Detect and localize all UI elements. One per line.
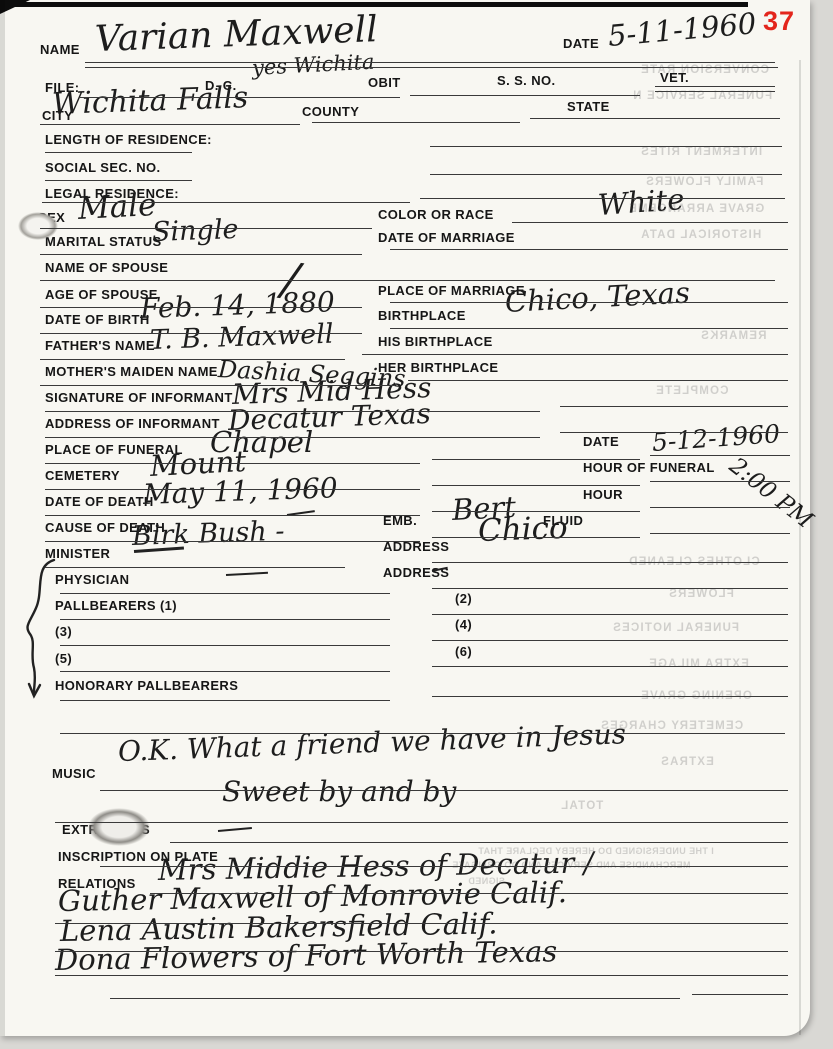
bleedthrough-text: FAMILY FLOWERS: [645, 176, 763, 188]
field-label-marital-status: MARITAL STATUS: [45, 234, 162, 249]
bleedthrough-text: FUNERAL NOTICES: [612, 622, 739, 634]
rule-line: [60, 619, 390, 620]
rule-line: [530, 118, 780, 119]
handwriting-date-of-death: May 11, 1960: [143, 474, 339, 509]
field-label-date-of-marriage: DATE OF MARRIAGE: [378, 230, 515, 245]
field-label-cemetery: CEMETERY: [45, 468, 120, 483]
rule-line: [40, 124, 300, 125]
page-right-edge: [799, 60, 801, 1035]
field-label-obit: OBIT: [368, 75, 401, 90]
rule-line: [60, 645, 390, 646]
rule-line: [650, 455, 790, 456]
rule-line: [432, 562, 788, 563]
rule-line: [432, 485, 640, 486]
field-label-date-of-birth: DATE OF BIRTH: [45, 312, 150, 327]
rule-line: [432, 640, 788, 641]
rule-line: [100, 866, 788, 867]
handwriting-fathers-name: T. B. Maxwell: [150, 321, 334, 354]
rule-line: [40, 228, 372, 229]
rule-line: [390, 328, 788, 329]
rule-line: [45, 567, 345, 568]
rule-line: [432, 614, 788, 615]
rule-line: [60, 733, 785, 734]
rule-line: [55, 822, 788, 823]
scan-left-edge: [0, 0, 5, 1036]
rule-line: [420, 198, 785, 199]
field-label-mothers-maiden-name: MOTHER'S MAIDEN NAME: [45, 364, 218, 379]
rule-line: [410, 95, 640, 96]
rule-line: [55, 975, 788, 976]
rule-line: [40, 359, 345, 360]
rule-line: [432, 588, 788, 589]
rule-line: [432, 696, 788, 697]
field-label-fathers-name: FATHER'S NAME: [45, 338, 155, 353]
field-label-date-top: DATE: [563, 36, 599, 51]
rule-line: [42, 202, 410, 203]
handwriting-minister-address: Chico: [477, 513, 568, 547]
rule-line: [150, 893, 788, 894]
field-label-music: MUSIC: [52, 766, 96, 781]
field-label-birthplace: BIRTHPLACE: [378, 308, 466, 323]
rule-line: [45, 489, 420, 490]
rule-line: [650, 533, 790, 534]
margin-brace-arrow-mark: [20, 556, 66, 704]
bleedthrough-text: REMARKS: [700, 330, 767, 342]
rule-line: [655, 91, 775, 92]
rule-line: [45, 180, 192, 181]
rule-line: [45, 152, 192, 153]
bleedthrough-text: TOTAL: [560, 800, 603, 812]
field-label-address-of-informant: ADDRESS OF INFORMANT: [45, 416, 220, 431]
rule-line: [512, 222, 788, 223]
rule-line: [408, 380, 788, 381]
bleedthrough-text: INTERMENT RITES: [640, 146, 762, 158]
rule-line: [692, 994, 788, 995]
rule-line: [60, 700, 390, 701]
rule-line: [40, 280, 775, 281]
page-number: 37: [763, 6, 795, 37]
field-label-county: COUNTY: [302, 104, 359, 119]
rule-line: [55, 951, 788, 952]
rule-line: [45, 541, 420, 542]
rule-line: [362, 354, 788, 355]
rule-line: [45, 515, 420, 516]
rule-line: [655, 86, 775, 87]
bleedthrough-text: I THE UNDERSIGNED DO HEREBY DECLARE THAT: [478, 846, 714, 856]
field-label-hour-of-funeral: HOUR OF FUNERAL: [583, 460, 715, 475]
rule-line: [40, 333, 362, 334]
scan-top-edge-bar: [0, 2, 748, 7]
field-label-date-of-death: DATE OF DEATH: [45, 494, 154, 509]
field-label-pallbearer-2: (2): [455, 591, 472, 606]
field-label-hour: HOUR: [583, 487, 623, 502]
field-label-length-of-residence: LENGTH OF RESIDENCE:: [45, 132, 212, 147]
bleedthrough-text: CONVERSION RATE: [640, 64, 769, 76]
handwriting-relations-line4: Dona Flowers of Fort Worth Texas: [55, 937, 558, 975]
handwriting-music-line2: Sweet by and by: [222, 778, 456, 806]
bleedthrough-text: MERCHANDISE AND SERVICES AND DO OBLIGATE: [452, 860, 691, 870]
field-label-pallbearer-4: (4): [455, 617, 472, 632]
rule-line: [430, 174, 782, 175]
rule-line: [60, 671, 390, 672]
rule-line: [432, 459, 640, 460]
rule-line: [45, 411, 540, 412]
rule-line: [40, 254, 362, 255]
rule-line: [40, 307, 362, 308]
rule-line: [430, 146, 782, 147]
rule-line: [55, 923, 788, 924]
rule-line: [560, 432, 788, 433]
rule-line: [560, 406, 788, 407]
rule-line: [40, 385, 395, 386]
rule-line: [45, 437, 540, 438]
handwriting-marital-status: Single: [152, 216, 239, 246]
bleedthrough-text: COMPLETE: [655, 385, 729, 397]
handwriting-city: Wichita Falls: [51, 83, 248, 120]
rule-line: [110, 998, 680, 999]
bleedthrough-text: HISTORICAL DATA: [640, 229, 761, 241]
handwriting-date-of-birth: Feb. 14, 1880: [140, 288, 336, 323]
handwriting-sex: Male: [77, 190, 157, 225]
scan-smudge-artifact: [18, 212, 58, 240]
field-label-honorary-pallbearers: HONORARY PALLBEARERS: [55, 678, 238, 693]
rule-line: [85, 62, 775, 63]
rule-line: [432, 537, 640, 538]
bleedthrough-text: GRAVE ARRANGEME: [628, 203, 764, 215]
field-label-social-sec-no: SOCIAL SEC. NO.: [45, 160, 161, 175]
field-label-name: NAME: [40, 42, 80, 57]
rule-line: [312, 122, 520, 123]
rule-line: [170, 842, 788, 843]
field-label-color-or-race: COLOR OR RACE: [378, 207, 494, 222]
rule-line: [85, 67, 778, 68]
field-label-state: STATE: [567, 99, 610, 114]
rule-line: [432, 511, 640, 512]
field-label-pallbearer-6: (6): [455, 644, 472, 659]
bleedthrough-text: EXTRAS: [660, 756, 714, 768]
field-label-name-of-spouse: NAME OF SPOUSE: [45, 260, 168, 275]
rule-line: [650, 507, 790, 508]
bleedthrough-text: SIGNED: [468, 876, 505, 886]
bleedthrough-text: EXTRA MILAGE: [648, 658, 749, 670]
rule-line: [60, 593, 390, 594]
rule-line: [80, 97, 400, 98]
rule-line: [432, 666, 788, 667]
handwriting-minister: Birk Bush -: [132, 518, 285, 550]
rule-line: [100, 790, 788, 791]
rule-line: [45, 463, 420, 464]
bleedthrough-text: CEMETERY CHARGES: [600, 720, 743, 732]
bleedthrough-text: FLOWERS: [668, 588, 734, 600]
scan-smudge-artifact: [88, 808, 150, 846]
rule-line: [650, 481, 790, 482]
field-label-his-birthplace: HIS BIRTHPLACE: [378, 334, 493, 349]
field-label-funeral-date: DATE: [583, 434, 619, 449]
field-label-ssno: S. S. NO.: [497, 73, 556, 88]
field-label-physician: PHYSICIAN: [55, 572, 129, 587]
rule-line: [390, 249, 788, 250]
rule-line: [390, 302, 788, 303]
field-label-signature-of-informant: SIGNATURE OF INFORMANT: [45, 390, 233, 405]
field-label-place-of-marriage: PLACE OF MARRIAGE: [378, 283, 525, 298]
field-label-pallbearers-1: PALLBEARERS (1): [55, 598, 177, 613]
